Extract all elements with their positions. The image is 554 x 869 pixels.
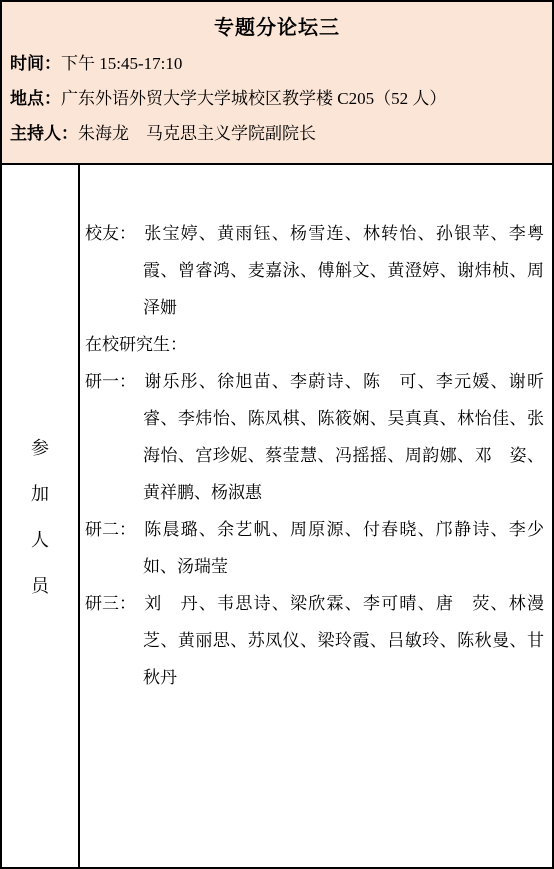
year3-group: 研三：刘 丹、韦思诗、梁欣霖、李可晴、唐 荧、林漫芝、黄丽思、苏凤仪、梁玲霞、吕… <box>85 585 544 696</box>
time-label: 时间： <box>10 54 61 73</box>
year2-group: 研二：陈晨璐、余艺帆、周原源、付春晓、邝静诗、李少如、汤瑞莹 <box>85 511 544 585</box>
year2-names: 陈晨璐、余艺帆、周原源、付春晓、邝静诗、李少如、汤瑞莹 <box>143 520 544 576</box>
current-students-heading: 在校研究生： <box>85 326 544 363</box>
participants-side-label: 参 加 人 员 <box>31 434 49 598</box>
session-header: 专题分论坛三 时间：下午 15:45-17:10 地点：广东外语外贸大学大学城校… <box>2 2 552 165</box>
location-value: 广东外语外贸大学大学城校区教学楼 C205（52 人） <box>61 89 446 108</box>
program-table: 专题分论坛三 时间：下午 15:45-17:10 地点：广东外语外贸大学大学城校… <box>0 0 554 869</box>
participants-section: 参 加 人 员 校友：张宝婷、黄雨钰、杨雪连、林转怡、孙银苹、李粤霞、曾睿鸿、麦… <box>2 165 552 867</box>
host-label: 主持人： <box>10 124 78 143</box>
year1-label: 研一： <box>85 363 143 400</box>
alumni-group: 校友：张宝婷、黄雨钰、杨雪连、林转怡、孙银苹、李粤霞、曾睿鸿、麦嘉泳、傅斛文、黄… <box>85 215 544 326</box>
year3-label: 研三： <box>85 585 143 622</box>
participants-side-cell: 参 加 人 员 <box>2 165 80 867</box>
side-label-char: 参 <box>31 434 49 460</box>
time-value: 下午 15:45-17:10 <box>61 54 182 73</box>
participants-content: 校友：张宝婷、黄雨钰、杨雪连、林转怡、孙银苹、李粤霞、曾睿鸿、麦嘉泳、傅斛文、黄… <box>80 165 552 867</box>
side-label-char: 员 <box>31 572 49 598</box>
location-row: 地点：广东外语外贸大学大学城校区教学楼 C205（52 人） <box>10 81 544 116</box>
side-label-char: 加 <box>31 480 49 506</box>
alumni-label: 校友： <box>85 215 143 252</box>
side-label-char: 人 <box>31 526 49 552</box>
session-title: 专题分论坛三 <box>10 10 544 46</box>
host-row: 主持人：朱海龙 马克思主义学院副院长 <box>10 116 544 151</box>
location-label: 地点： <box>10 89 61 108</box>
time-row: 时间：下午 15:45-17:10 <box>10 46 544 81</box>
current-students-label: 在校研究生： <box>85 335 187 354</box>
year2-label: 研二： <box>85 511 143 548</box>
year3-names: 刘 丹、韦思诗、梁欣霖、李可晴、唐 荧、林漫芝、黄丽思、苏凤仪、梁玲霞、吕敏玲、… <box>143 594 544 687</box>
alumni-names: 张宝婷、黄雨钰、杨雪连、林转怡、孙银苹、李粤霞、曾睿鸿、麦嘉泳、傅斛文、黄澄婷、… <box>143 224 544 317</box>
host-value: 朱海龙 马克思主义学院副院长 <box>78 124 316 143</box>
year1-group: 研一：谢乐彤、徐旭苗、李蔚诗、陈 可、李元媛、谢昕睿、李炜怡、陈凤棋、陈筱娴、吴… <box>85 363 544 511</box>
year1-names: 谢乐彤、徐旭苗、李蔚诗、陈 可、李元媛、谢昕睿、李炜怡、陈凤棋、陈筱娴、吴真真、… <box>143 372 544 502</box>
